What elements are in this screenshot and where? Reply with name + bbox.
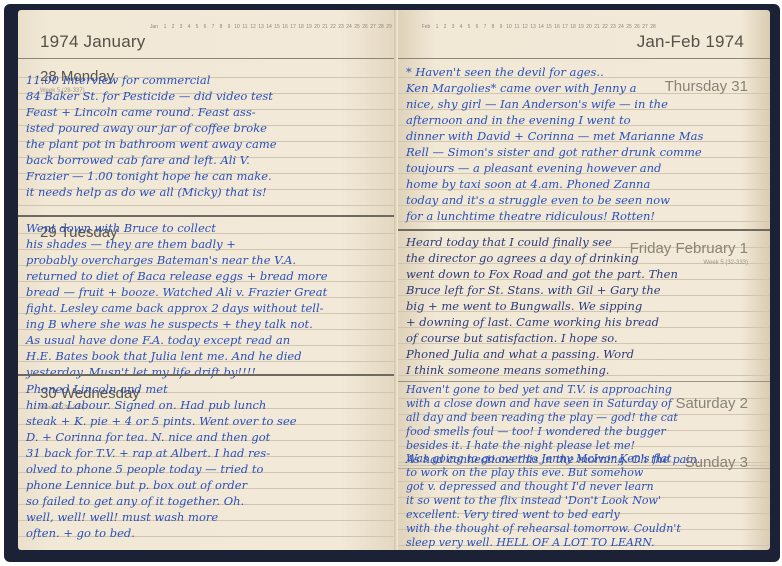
mini-calendar-day: 23 bbox=[610, 24, 616, 30]
right-page: Feb1234567891011121314151617181920212223… bbox=[398, 10, 770, 550]
mini-calendar-day: 6 bbox=[202, 24, 208, 30]
mini-calendar-day: 6 bbox=[474, 24, 480, 30]
mini-calendar-day: 21 bbox=[322, 24, 328, 30]
mini-calendar-day: 13 bbox=[530, 24, 536, 30]
mini-calendar-day: 23 bbox=[338, 24, 344, 30]
handwritten-entry-text: * Haven't seen the devil for ages.. Ken … bbox=[406, 64, 766, 224]
mini-calendar-day: 17 bbox=[290, 24, 296, 30]
mini-calendar-day: 1 bbox=[434, 24, 440, 30]
mini-calendar-day: 27 bbox=[642, 24, 648, 30]
right-page-header: Feb1234567891011121314151617181920212223… bbox=[398, 10, 770, 59]
mini-calendar-day: 11 bbox=[514, 24, 520, 30]
mini-calendar-day: 20 bbox=[586, 24, 592, 30]
mini-calendar-day: 22 bbox=[330, 24, 336, 30]
mini-calendar-day: 2 bbox=[442, 24, 448, 30]
mini-calendar-day: 8 bbox=[490, 24, 496, 30]
mini-calendar-day: 20 bbox=[314, 24, 320, 30]
mini-calendar-day: 8 bbox=[218, 24, 224, 30]
left-page: 1974 January Jan123456789101112131415161… bbox=[18, 10, 398, 550]
handwritten-entry-text: 11.00 Interview for commercial 84 Baker … bbox=[26, 72, 392, 200]
mini-calendar-day: 17 bbox=[562, 24, 568, 30]
mini-calendar-day: 28 bbox=[378, 24, 384, 30]
mini-calendar-day: 14 bbox=[266, 24, 272, 30]
mini-calendar-february: Feb1234567891011121314151617181920212223… bbox=[420, 24, 630, 30]
mini-calendar-day: 27 bbox=[370, 24, 376, 30]
left-page-header: 1974 January Jan123456789101112131415161… bbox=[18, 10, 398, 59]
mini-calendar-day: 4 bbox=[458, 24, 464, 30]
mini-calendar-day: 22 bbox=[602, 24, 608, 30]
mini-calendar-day: 28 bbox=[650, 24, 656, 30]
mini-calendar-day: 26 bbox=[634, 24, 640, 30]
mini-calendar-day: 9 bbox=[498, 24, 504, 30]
mini-calendar-day: 10 bbox=[506, 24, 512, 30]
day-entry-thursday-31: Thursday 31 * Haven't seen the devil for… bbox=[398, 62, 770, 229]
mini-calendar-month-label: Feb bbox=[420, 24, 432, 30]
mini-calendar-day: 1 bbox=[162, 24, 168, 30]
mini-calendar-day: 19 bbox=[578, 24, 584, 30]
mini-calendar-day: 4 bbox=[186, 24, 192, 30]
mini-calendar-day: 3 bbox=[450, 24, 456, 30]
mini-calendar-day: 12 bbox=[250, 24, 256, 30]
mini-calendar-day: 18 bbox=[570, 24, 576, 30]
mini-calendar-day: 10 bbox=[234, 24, 240, 30]
mini-calendar-month-label: Jan bbox=[148, 24, 160, 30]
handwritten-entry-text: Went down with Bruce to collect his shad… bbox=[26, 220, 392, 380]
day-entry-30-wednesday: 30 Wednesday Week 5 (30-335) Phoned Linc… bbox=[18, 377, 398, 547]
mini-calendar-day: 11 bbox=[242, 24, 248, 30]
mini-calendar-day: 26 bbox=[362, 24, 368, 30]
handwritten-entry-text: Heard today that I could finally see the… bbox=[406, 234, 766, 378]
handwritten-entry-text: Phoned Lincoln and met him at Labour. Si… bbox=[26, 381, 392, 541]
handwritten-entry-text: Was going to go over to Jenny McIvor Ken… bbox=[406, 452, 766, 550]
day-divider bbox=[398, 381, 770, 382]
day-entry-29-tuesday: 29 Tuesday Went down with Bruce to colle… bbox=[18, 218, 398, 373]
mini-calendar-day: 13 bbox=[258, 24, 264, 30]
mini-calendar-day: 9 bbox=[226, 24, 232, 30]
mini-calendar-day: 25 bbox=[354, 24, 360, 30]
mini-calendar-days: Jan1234567891011121314151617181920212223… bbox=[148, 24, 388, 30]
mini-calendar-day: 2 bbox=[170, 24, 176, 30]
page-title: Jan-Feb 1974 bbox=[637, 32, 744, 52]
day-entry-sunday-3: Sunday 3 Was going to go over to Jenny M… bbox=[398, 450, 770, 548]
mini-calendar-day: 16 bbox=[554, 24, 560, 30]
mini-calendar-day: 5 bbox=[466, 24, 472, 30]
mini-calendar-day: 12 bbox=[522, 24, 528, 30]
mini-calendar-day: 18 bbox=[298, 24, 304, 30]
mini-calendar-day: 14 bbox=[538, 24, 544, 30]
mini-calendar-days: Feb1234567891011121314151617181920212223… bbox=[420, 24, 630, 30]
mini-calendar-day: 15 bbox=[546, 24, 552, 30]
mini-calendar-day: 16 bbox=[282, 24, 288, 30]
mini-calendar-day: 24 bbox=[618, 24, 624, 30]
mini-calendar-day: 7 bbox=[210, 24, 216, 30]
day-divider bbox=[398, 229, 770, 231]
page-title: 1974 January bbox=[40, 32, 145, 52]
mini-calendar-day: 3 bbox=[178, 24, 184, 30]
day-entry-28-monday: 28 Monday Week 5 (28-337) 11.00 Intervie… bbox=[18, 62, 398, 214]
mini-calendar-day: 19 bbox=[306, 24, 312, 30]
day-divider bbox=[18, 215, 398, 217]
day-divider bbox=[18, 374, 398, 376]
mini-calendar-day: 29 bbox=[386, 24, 392, 30]
mini-calendar-day: 24 bbox=[346, 24, 352, 30]
mini-calendar-day: 25 bbox=[626, 24, 632, 30]
mini-calendar-january: Jan1234567891011121314151617181920212223… bbox=[148, 24, 388, 30]
mini-calendar-day: 5 bbox=[194, 24, 200, 30]
mini-calendar-day: 15 bbox=[274, 24, 280, 30]
day-entry-friday-february-1: Friday February 1 Week 5 (32-333) Heard … bbox=[398, 232, 770, 380]
mini-calendar-day: 7 bbox=[482, 24, 488, 30]
mini-calendar-day: 21 bbox=[594, 24, 600, 30]
